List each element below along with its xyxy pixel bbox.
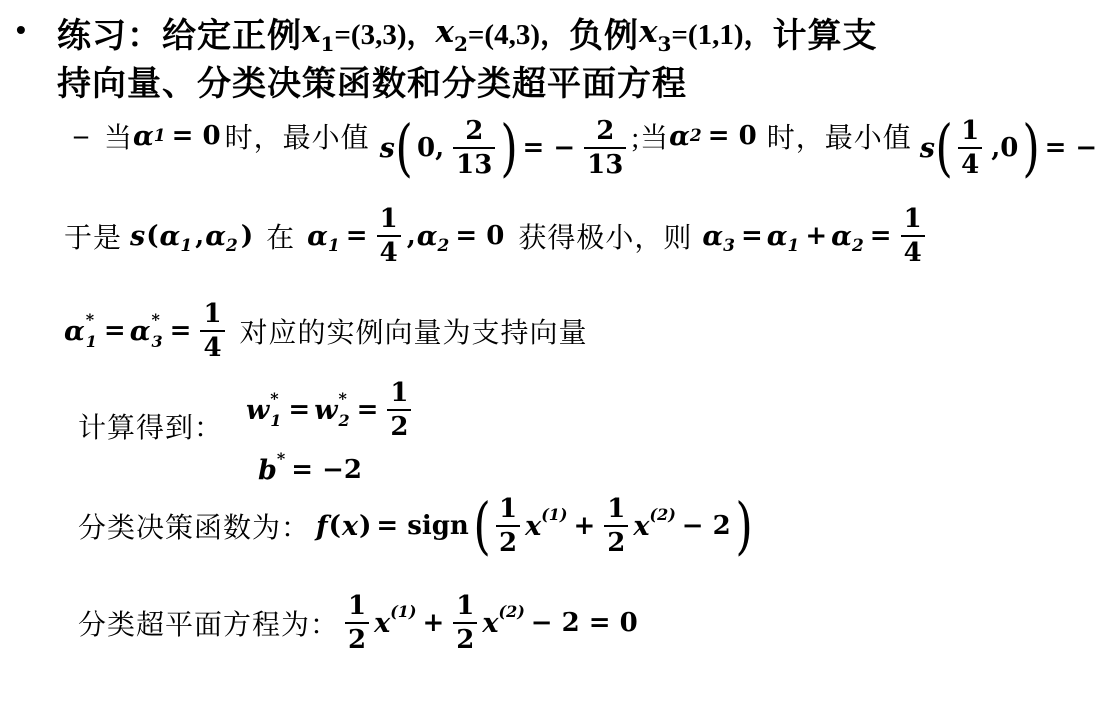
math-subscript: 2	[226, 236, 238, 256]
title-text-1: 练习：给定正例	[57, 8, 302, 57]
math-plus: +	[805, 221, 827, 251]
math-var-alpha: α	[205, 221, 226, 252]
math-subscript-3: 3	[657, 32, 671, 56]
math-superscript-star: *	[152, 312, 160, 328]
math-minus2: − 2	[682, 511, 731, 541]
text-yushi: 于是	[64, 216, 122, 256]
title-text-3: 计算支	[773, 8, 878, 57]
bullet-marker: •	[16, 14, 26, 46]
math-eq: =	[104, 316, 126, 346]
math-superscript-star: *	[270, 391, 278, 407]
math-var-x: x	[525, 511, 541, 542]
comma: ,	[195, 221, 204, 251]
text-min2: 时，最小值	[767, 116, 912, 156]
text-when2: ;当	[631, 116, 669, 156]
math-eq-sign: = sign	[376, 511, 468, 541]
minimum-point-row: 于是 s ( α 1 , α 2 ) 在 α 1 = 1 4 , α 2 = 0…	[64, 194, 930, 278]
supsub-star-3: * 3	[152, 312, 163, 350]
fraction-1-4: 1 4	[200, 300, 224, 362]
text-support-vector: 对应的实例向量为支持向量	[240, 311, 588, 351]
fraction-numerator: 1	[901, 205, 925, 235]
left-paren: (	[395, 119, 412, 178]
sub-bullet-marker: –	[74, 120, 88, 152]
math-eq-neg2: = −2	[291, 455, 362, 485]
math-eq: =	[357, 395, 379, 425]
fraction-1-2: 1 2	[496, 495, 520, 557]
math-eq-zero: = 0	[172, 121, 221, 151]
math-arg: 0,	[417, 133, 444, 163]
math-subscript: 3	[152, 334, 163, 350]
math-subscript: 2	[338, 413, 349, 429]
right-paren: )	[241, 221, 253, 251]
math-var-alpha: α	[64, 316, 85, 347]
math-eq: =	[741, 221, 763, 251]
math-var-alpha: α	[307, 221, 328, 252]
title-text-2: 负例	[569, 8, 639, 57]
math-superscript-2: (2)	[650, 505, 676, 524]
math-var-x: x	[482, 608, 498, 639]
math-subscript: 1	[86, 334, 97, 350]
fraction-denominator: 4	[901, 235, 925, 268]
text-when1: 当	[104, 116, 133, 156]
math-eq: =	[288, 395, 310, 425]
math-subscript: 2	[852, 236, 864, 256]
right-paren: )	[359, 511, 371, 541]
title-text-4: 持向量、分类决策函数和分类超平面方程	[57, 56, 687, 105]
math-subscript: 2	[690, 126, 702, 146]
title-line2: 持向量、分类决策函数和分类超平面方程	[57, 56, 687, 104]
fraction-numerator: 2	[462, 117, 486, 147]
fraction-denominator: 2	[453, 622, 477, 655]
fraction-denominator: 4	[377, 235, 401, 268]
math-subscript: 1	[788, 236, 800, 256]
math-superscript-1: (1)	[390, 602, 416, 621]
fraction-denominator: 2	[604, 525, 628, 558]
text-calc-label: 计算得到：	[78, 406, 223, 446]
math-var-w: w	[246, 395, 269, 426]
fraction-denominator: 13	[584, 147, 626, 180]
math-subscript-1: 1	[320, 32, 334, 56]
math-eq-zero: = 0	[708, 121, 757, 151]
math-var-x: x	[342, 511, 358, 542]
math-var-x: x	[374, 608, 390, 639]
w-formula-row: w * 1 = w * 2 = 1 2	[246, 372, 416, 448]
fraction-numerator: 1	[387, 379, 411, 409]
fraction-1-2: 1 2	[345, 592, 369, 654]
math-eq: =	[170, 316, 192, 346]
fraction-1-4: 1 4	[901, 205, 925, 267]
fraction-1-4: 1 4	[958, 117, 982, 179]
right-paren: )	[501, 119, 518, 178]
fraction-numerator: 1	[496, 495, 520, 525]
math-superscript-star: *	[338, 391, 346, 407]
text-zai: 在	[266, 216, 295, 256]
support-vector-row: α * 1 = α * 3 = 1 4 对应的实例向量为支持向量	[64, 292, 588, 370]
value-x3: =(1,1)，	[671, 12, 772, 53]
fraction-denominator: 2	[387, 409, 411, 442]
fraction-1-4: 1 4	[377, 205, 401, 267]
fraction-numerator: 1	[345, 592, 369, 622]
text-decision-label: 分类决策函数为：	[78, 506, 310, 546]
left-paren: (	[329, 511, 341, 541]
supsub-star-2: * 2	[338, 391, 349, 429]
math-var-x1: x	[302, 14, 320, 50]
fraction-denominator: 2	[345, 622, 369, 655]
math-var-alpha: α	[130, 316, 151, 347]
math-arg: ,0	[991, 133, 1018, 163]
fraction-numerator: 1	[453, 592, 477, 622]
math-subscript: 1	[328, 236, 340, 256]
math-eq: =	[346, 221, 368, 251]
fraction-1-2: 1 2	[453, 592, 477, 654]
math-plus: +	[574, 511, 596, 541]
math-var-s: s	[130, 221, 145, 252]
math-var-alpha: α	[417, 221, 438, 252]
supsub-star-1: * 1	[86, 312, 97, 350]
math-subscript-2: 2	[454, 32, 468, 56]
fraction-denominator: 4	[958, 147, 982, 180]
math-subscript: 3	[723, 236, 735, 256]
math-var-b: b	[258, 455, 277, 486]
fraction-numerator: 2	[593, 117, 617, 147]
math-var-x2: x	[436, 14, 454, 50]
math-var-w: w	[314, 395, 337, 426]
math-subscript: 1	[180, 236, 192, 256]
slide: • 练习：给定正例 x 1 =(3,3)， x 2 =(4,3)， 负例 x 3…	[0, 0, 1097, 711]
supsub-star-1: * 1	[270, 391, 281, 429]
math-var-alpha: α	[669, 121, 690, 152]
fraction-2-13: 2 13	[453, 117, 495, 179]
fraction-numerator: 1	[200, 300, 224, 330]
math-subscript: 1	[270, 413, 281, 429]
text-min1: 时，最小值	[225, 116, 370, 156]
math-var-alpha: α	[702, 221, 723, 252]
math-plus: +	[423, 608, 445, 638]
math-var-alpha: α	[831, 221, 852, 252]
math-subscript: 2	[438, 236, 450, 256]
title-line1: 练习：给定正例 x 1 =(3,3)， x 2 =(4,3)， 负例 x 3 =…	[57, 8, 878, 56]
value-x2: =(4,3)，	[468, 12, 569, 53]
value-x1: =(3,3)，	[334, 12, 435, 53]
fraction-numerator: 1	[604, 495, 628, 525]
math-var-s: s	[380, 133, 395, 164]
math-subscript: 1	[154, 126, 166, 146]
fraction-denominator: 2	[496, 525, 520, 558]
right-paren: )	[1023, 119, 1040, 178]
math-var-x: x	[633, 511, 649, 542]
math-superscript-2: (2)	[499, 602, 525, 621]
calc-label-row: 计算得到：	[78, 404, 223, 448]
math-eq: =	[870, 221, 892, 251]
fraction-2-13: 2 13	[584, 117, 626, 179]
text-gains-min: 获得极小，则	[518, 216, 692, 256]
math-superscript-1: (1)	[541, 505, 567, 524]
math-var-s: s	[920, 133, 935, 164]
fraction-numerator: 1	[958, 117, 982, 147]
math-var-f: f	[316, 511, 328, 542]
min-value-row: – 当 α 1 = 0 时，最小值 s ( 0, 2 13 ) = − 2 13…	[74, 102, 1097, 194]
math-var-x3: x	[639, 14, 657, 50]
math-eq-minus: = −	[1045, 133, 1097, 163]
hyperplane-row: 分类超平面方程为： 1 2 x (1) + 1 2 x (2) − 2 = 0	[78, 578, 642, 668]
math-var-alpha: α	[160, 221, 181, 252]
math-superscript-star: *	[277, 449, 285, 468]
math-var-alpha: α	[133, 121, 154, 152]
comma: ,	[407, 221, 416, 251]
left-paren: (	[146, 221, 158, 251]
fraction-denominator: 13	[453, 147, 495, 180]
right-paren: )	[735, 497, 752, 556]
fraction-1-2: 1 2	[387, 379, 411, 441]
left-paren: (	[935, 119, 952, 178]
decision-function-row: 分类决策函数为： f ( x ) = sign ( 1 2 x (1) + 1 …	[78, 486, 753, 566]
math-tail: − 2 = 0	[531, 608, 638, 638]
math-var-alpha: α	[767, 221, 788, 252]
fraction-numerator: 1	[377, 205, 401, 235]
math-superscript-star: *	[86, 312, 94, 328]
math-eq-zero: = 0	[455, 221, 504, 251]
fraction-denominator: 4	[200, 330, 224, 363]
fraction-1-2: 1 2	[604, 495, 628, 557]
text-hyperplane-label: 分类超平面方程为：	[78, 603, 339, 643]
left-paren: (	[473, 497, 490, 556]
math-eq-minus: = −	[523, 133, 576, 163]
